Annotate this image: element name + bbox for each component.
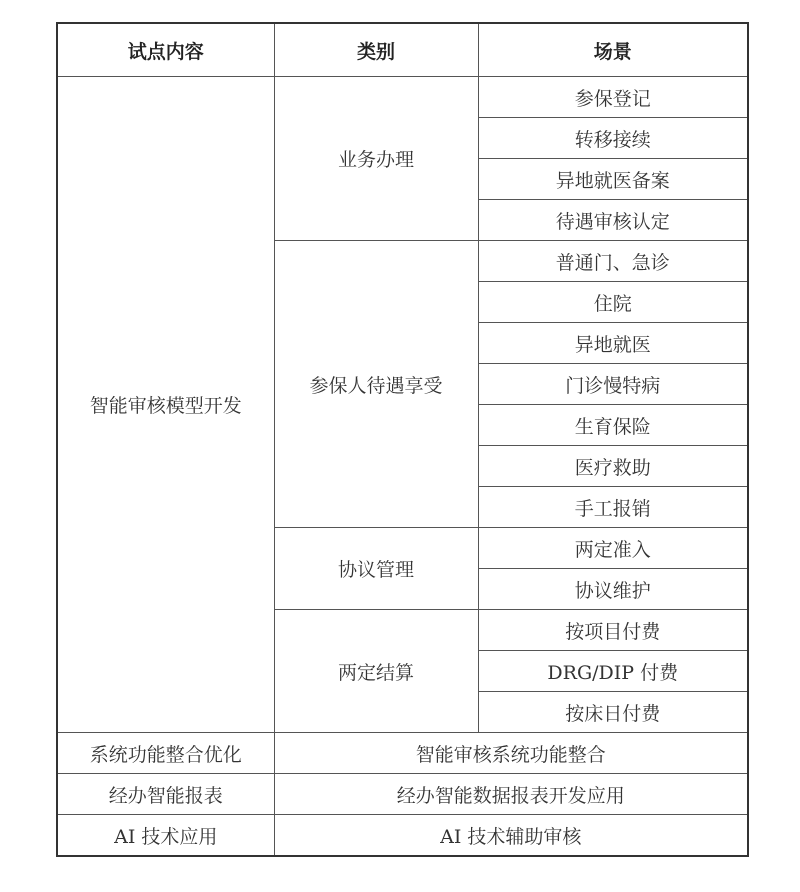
pilot-table: 试点内容 类别 场景 智能审核模型开发 业务办理 参保登记 转移接续 异地就医备… <box>56 22 749 857</box>
header-content: 试点内容 <box>57 23 274 77</box>
scene-cell: 异地就医备案 <box>478 159 748 200</box>
scene-cell: AI 技术辅助审核 <box>274 815 748 857</box>
scene-cell: DRG/DIP 付费 <box>478 651 748 692</box>
table-row: 系统功能整合优化 智能审核系统功能整合 <box>57 733 748 774</box>
scene-cell: 参保登记 <box>478 77 748 118</box>
scene-cell: 住院 <box>478 282 748 323</box>
content-cell: 系统功能整合优化 <box>57 733 274 774</box>
scene-cell: 按床日付费 <box>478 692 748 733</box>
category-cell: 参保人待遇享受 <box>274 241 478 528</box>
category-cell: 协议管理 <box>274 528 478 610</box>
scene-cell: 待遇审核认定 <box>478 200 748 241</box>
scene-cell: 协议维护 <box>478 569 748 610</box>
content-cell: AI 技术应用 <box>57 815 274 857</box>
header-category: 类别 <box>274 23 478 77</box>
scene-cell: 手工报销 <box>478 487 748 528</box>
content-cell: 经办智能报表 <box>57 774 274 815</box>
scene-cell: 医疗救助 <box>478 446 748 487</box>
scene-cell: 两定准入 <box>478 528 748 569</box>
table-row: 经办智能报表 经办智能数据报表开发应用 <box>57 774 748 815</box>
header-scene: 场景 <box>478 23 748 77</box>
scene-cell: 生育保险 <box>478 405 748 446</box>
table-row: 智能审核模型开发 业务办理 参保登记 <box>57 77 748 118</box>
scene-cell: 转移接续 <box>478 118 748 159</box>
category-cell: 两定结算 <box>274 610 478 733</box>
scene-cell: 异地就医 <box>478 323 748 364</box>
scene-cell: 普通门、急诊 <box>478 241 748 282</box>
content-cell: 智能审核模型开发 <box>57 77 274 733</box>
header-row: 试点内容 类别 场景 <box>57 23 748 77</box>
table-row: AI 技术应用 AI 技术辅助审核 <box>57 815 748 857</box>
scene-cell: 门诊慢特病 <box>478 364 748 405</box>
category-cell: 业务办理 <box>274 77 478 241</box>
scene-cell: 智能审核系统功能整合 <box>274 733 748 774</box>
scene-cell: 按项目付费 <box>478 610 748 651</box>
scene-cell: 经办智能数据报表开发应用 <box>274 774 748 815</box>
